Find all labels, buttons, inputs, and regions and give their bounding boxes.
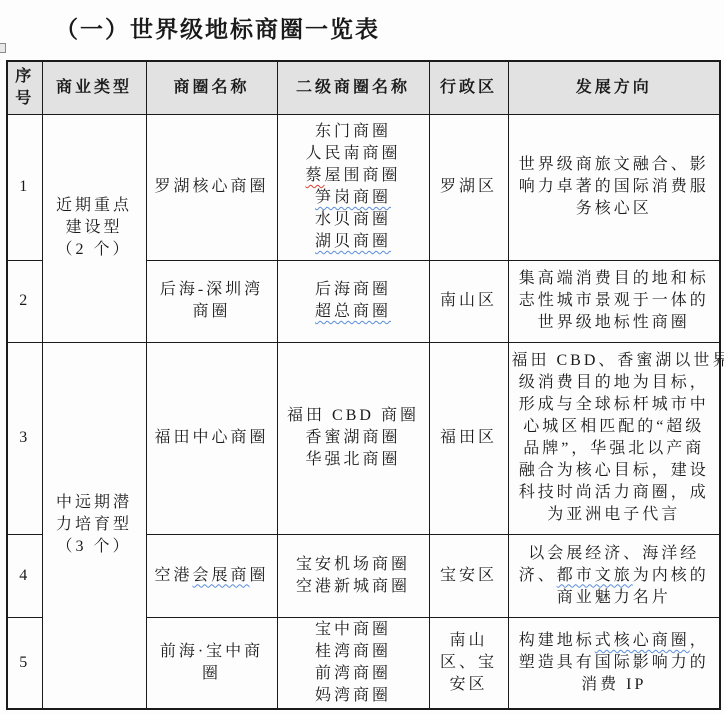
cell-no: 5 (7, 617, 42, 709)
text-segment: 志性城市景观于一体的 (519, 292, 709, 309)
text-line: 1 (11, 176, 39, 198)
text-line: 福田中心商圈 (150, 427, 274, 449)
misspelling-blue-squiggle: 笋岗商圈 (315, 189, 391, 206)
text-line: 前湾商圈 (281, 663, 426, 685)
text-segment: 宝中商圈 (315, 621, 391, 638)
text-line: 3 (11, 427, 39, 449)
cell-district-name: 空港会展商圈 (146, 534, 277, 617)
text-line: 科技时尚活力商圈，成 (512, 482, 717, 504)
text-segment: 近期重点 (56, 197, 132, 214)
text-line: 后海商圈 (281, 279, 426, 301)
text-line: 商业魅力名片 (512, 587, 717, 609)
text-segment: 世界级商旅文融合、影 (519, 156, 709, 173)
cell-admin-region: 宝安区 (429, 534, 508, 617)
cell-secondary-districts: 宝安机场商圈空港新城商圈 (277, 534, 429, 617)
text-segment: 福田中心商圈 (154, 429, 268, 446)
table-head: 序号商业类型商圈名称二级商圈名称行政区发展方向 (7, 61, 720, 114)
cell-business-type: 中远期潜力培育型（3 个） (42, 342, 146, 709)
text-segment: （2 个） (56, 241, 131, 258)
text-segment: 务核心区 (576, 200, 652, 217)
text-line: （3 个） (46, 536, 143, 558)
text-segment: 级消费目的地为目标， (519, 374, 709, 391)
text-segment: 圈 (202, 665, 221, 682)
landmark-districts-table: 序号商业类型商圈名称二级商圈名称行政区发展方向 1近期重点建设型（2 个）罗湖核… (6, 60, 721, 710)
header-secondary-districts: 二级商圈名称 (277, 61, 429, 114)
text-line: 号 (11, 88, 39, 110)
text-line: 宝安机场商圈 (281, 554, 426, 576)
text-segment: 力培育型 (56, 516, 132, 533)
text-line: 商业类型 (46, 77, 143, 99)
cell-no: 4 (7, 534, 42, 617)
cell-district-name: 罗湖核心商圈 (146, 114, 277, 260)
text-line: 福田 CBD、香蜜湖以世界 (512, 350, 717, 372)
text-line: 罗湖区 (433, 176, 505, 198)
text-line: 发展方向 (512, 77, 717, 99)
cell-admin-region: 南山区、宝安区 (429, 617, 508, 709)
text-line: 商圈 (150, 301, 274, 323)
text-line: 商圈名称 (150, 77, 274, 99)
text-segment: 科技时尚活力商圈，成 (519, 484, 709, 501)
text-segment: 以会展经济、海洋经 (528, 545, 699, 562)
text-segment: 为内核的 (633, 567, 709, 584)
table-header-row: 序号商业类型商圈名称二级商圈名称行政区发展方向 (7, 61, 720, 114)
text-segment: 区、宝 (440, 654, 497, 671)
text-line: 世界级商旅文融合、影 (512, 154, 717, 176)
misspelling-blue-squiggle: 湖贝商圈 (315, 233, 391, 250)
text-line: 后海-深圳湾 (150, 279, 274, 301)
text-line: 空港会展商圈 (150, 565, 274, 587)
text-segment: 构建地标 (519, 632, 595, 649)
text-segment: 南山区 (440, 292, 497, 309)
cell-secondary-districts: 福田 CBD 商圈香蜜湖商圈华强北商圈 (277, 342, 429, 534)
text-segment: 消费 IP (581, 676, 646, 693)
text-line: 形成与全球标杆城市中 (512, 394, 717, 416)
text-segment: （3 个） (56, 538, 131, 555)
cell-development-direction: 构建地标式核心商圈，塑造具有国际影响力的消费 IP (508, 617, 720, 709)
cell-admin-region: 福田区 (429, 342, 508, 534)
text-segment: 宝安机场商圈 (296, 556, 410, 573)
header-development-direction: 发展方向 (508, 61, 720, 114)
text-line: 二级商圈名称 (281, 77, 426, 99)
text-segment: 为亚洲电子代言 (547, 506, 680, 523)
misspelling-blue-squiggle: 超总商圈 (315, 303, 391, 320)
text-line: 桂湾商圈 (281, 641, 426, 663)
text-line: 塑造具有国际影响力的 (512, 652, 717, 674)
text-segment: 形成与全球标杆城市中 (519, 396, 709, 413)
text-line: 香蜜湖商圈 (281, 427, 426, 449)
text-segment: 华强北商圈 (305, 451, 400, 468)
text-line: 区、宝 (433, 652, 505, 674)
cell-secondary-districts: 东门商圈人民南商圈蔡屋围商圈笋岗商圈水贝商圈湖贝商圈 (277, 114, 429, 260)
text-line: 建设型 (46, 217, 143, 239)
text-segment: 响力卓著的国际消费服 (519, 178, 709, 195)
text-line: 宝安区 (433, 565, 505, 587)
cell-admin-region: 罗湖区 (429, 114, 508, 260)
text-segment: 世界级地标性商圈 (538, 314, 690, 331)
text-line: 心城区相匹配的“超级 (512, 416, 717, 438)
cell-admin-region: 南山区 (429, 260, 508, 342)
cell-no: 3 (7, 342, 42, 534)
table-row: 3中远期潜力培育型（3 个）福田中心商圈福田 CBD 商圈香蜜湖商圈华强北商圈福… (7, 342, 720, 534)
text-segment: 后海-深圳湾 (160, 281, 263, 298)
cell-district-name: 后海-深圳湾商圈 (146, 260, 277, 342)
text-line: 品牌”，华强北以产商 (512, 438, 717, 460)
text-segment: 宝安区 (440, 567, 497, 584)
text-line: 级消费目的地为目标， (512, 372, 717, 394)
text-segment: 空港新城商圈 (296, 578, 410, 595)
text-line: 行政区 (433, 77, 505, 99)
text-segment: 商圈 (192, 303, 230, 320)
misspelling-blue-squiggle: 会展商 (192, 567, 249, 584)
misspelling-blue-squiggle: 式核心商圈 (595, 632, 690, 649)
text-line: 济、都市文旅为内核的 (512, 565, 717, 587)
table-body: 1近期重点建设型（2 个）罗湖核心商圈东门商圈人民南商圈蔡屋围商圈笋岗商圈水贝商… (7, 114, 720, 709)
text-line: 南山区 (433, 290, 505, 312)
text-segment: 塑造具有国际影响力的 (519, 654, 709, 671)
text-segment: 1 (19, 178, 30, 195)
text-line: 空港新城商圈 (281, 576, 426, 598)
text-segment: 5 (19, 654, 30, 671)
text-segment: 商圈名称 (173, 79, 249, 96)
text-segment: 安区 (449, 676, 487, 693)
text-segment: 福田区 (440, 429, 497, 446)
text-segment: 香蜜湖商圈 (305, 429, 400, 446)
text-line: 南山 (433, 630, 505, 652)
page-title: （一）世界级地标商圈一览表 (55, 11, 380, 44)
cell-development-direction: 集高端消费目的地和标志性城市景观于一体的世界级地标性商圈 (508, 260, 720, 342)
text-line: 构建地标式核心商圈， (512, 630, 717, 652)
cell-no: 1 (7, 114, 42, 260)
text-segment: 福田 CBD、香蜜湖以世界 (512, 352, 724, 369)
text-segment: 济、 (519, 567, 557, 584)
text-line: 近期重点 (46, 195, 143, 217)
text-segment: 前海·宝中商 (160, 643, 263, 660)
text-segment: 屋围商圈 (325, 167, 401, 184)
text-segment: 罗湖核心商圈 (154, 178, 268, 195)
text-segment: 水贝商圈 (315, 211, 391, 228)
text-segment: 空港 (154, 567, 192, 584)
text-line: 消费 IP (512, 674, 717, 696)
text-segment: 圈 (250, 567, 269, 584)
text-line: 福田 CBD 商圈 (281, 405, 426, 427)
text-line: 华强北商圈 (281, 449, 426, 471)
text-line: 力培育型 (46, 514, 143, 536)
text-line: 罗湖核心商圈 (150, 176, 274, 198)
text-line: 水贝商圈 (281, 209, 426, 231)
misspelling-red-squiggle: 蔡 (305, 167, 324, 184)
text-segment: 妈湾商圈 (315, 687, 391, 704)
text-segment: 发展方向 (576, 79, 652, 96)
table-row: 1近期重点建设型（2 个）罗湖核心商圈东门商圈人民南商圈蔡屋围商圈笋岗商圈水贝商… (7, 114, 720, 260)
cell-secondary-districts: 后海商圈超总商圈 (277, 260, 429, 342)
cell-development-direction: 福田 CBD、香蜜湖以世界级消费目的地为目标，形成与全球标杆城市中心城区相匹配的… (508, 342, 720, 534)
text-segment: 序 (15, 68, 34, 85)
text-segment: 3 (19, 429, 30, 446)
text-line: 世界级地标性商圈 (512, 312, 717, 334)
text-segment: 罗湖区 (440, 178, 497, 195)
text-segment: 后海商圈 (315, 281, 391, 298)
text-line: 圈 (150, 663, 274, 685)
text-segment: 品牌”，华强北以产商 (523, 440, 704, 457)
text-line: 湖贝商圈 (281, 231, 426, 253)
header-admin-region: 行政区 (429, 61, 508, 114)
text-segment: 商业类型 (56, 79, 132, 96)
text-line: 2 (11, 290, 39, 312)
text-line: 志性城市景观于一体的 (512, 290, 717, 312)
text-segment: 4 (19, 567, 30, 584)
text-segment: 集高端消费目的地和标 (519, 270, 709, 287)
text-line: 超总商圈 (281, 301, 426, 323)
text-line: 为亚洲电子代言 (512, 504, 717, 526)
cell-development-direction: 世界级商旅文融合、影响力卓著的国际消费服务核心区 (508, 114, 720, 260)
text-segment: ， (690, 632, 709, 649)
header-district-name: 商圈名称 (146, 61, 277, 114)
header-no: 序号 (7, 61, 42, 114)
text-line: 人民南商圈 (281, 143, 426, 165)
text-line: 东门商圈 (281, 121, 426, 143)
cell-development-direction: 以会展经济、海洋经济、都市文旅为内核的商业魅力名片 (508, 534, 720, 617)
text-segment: 中远期潜 (56, 494, 132, 511)
text-line: 蔡屋围商圈 (281, 165, 426, 187)
text-segment: 南山 (449, 632, 487, 649)
text-segment: 行政区 (440, 79, 497, 96)
text-line: 务核心区 (512, 198, 717, 220)
cell-no: 2 (7, 260, 42, 342)
text-line: 以会展经济、海洋经 (512, 543, 717, 565)
text-line: 前海·宝中商 (150, 641, 274, 663)
table-select-handle[interactable] (0, 43, 6, 53)
misspelling-blue-squiggle: 都市文旅 (557, 567, 633, 584)
cell-district-name: 福田中心商圈 (146, 342, 277, 534)
text-segment: 商业魅力名片 (557, 589, 671, 606)
text-segment: 二级商圈名称 (296, 79, 410, 96)
cell-district-name: 前海·宝中商圈 (146, 617, 277, 709)
text-line: 笋岗商圈 (281, 187, 426, 209)
text-line: 融合为核心目标，建设 (512, 460, 717, 482)
text-segment: 人民南商圈 (305, 145, 400, 162)
text-segment: 桂湾商圈 (315, 643, 391, 660)
text-segment: 福田 CBD 商圈 (287, 407, 419, 424)
cell-secondary-districts: 宝中商圈桂湾商圈前湾商圈妈湾商圈 (277, 617, 429, 709)
text-line: （2 个） (46, 239, 143, 261)
text-segment: 前湾商圈 (315, 665, 391, 682)
text-line: 宝中商圈 (281, 619, 426, 641)
text-line: 序 (11, 66, 39, 88)
text-line: 4 (11, 565, 39, 587)
text-line: 安区 (433, 674, 505, 696)
text-segment: 号 (15, 90, 34, 107)
text-line: 中远期潜 (46, 492, 143, 514)
text-segment: 建设型 (65, 219, 122, 236)
text-segment: 东门商圈 (315, 123, 391, 140)
text-line: 集高端消费目的地和标 (512, 268, 717, 290)
text-line: 5 (11, 652, 39, 674)
text-segment: 2 (19, 292, 30, 309)
text-line: 妈湾商圈 (281, 685, 426, 707)
text-segment: 融合为核心目标，建设 (519, 462, 709, 479)
header-business-type: 商业类型 (42, 61, 146, 114)
text-line: 福田区 (433, 427, 505, 449)
text-segment: 心城区相匹配的“超级 (523, 418, 704, 435)
cell-business-type: 近期重点建设型（2 个） (42, 114, 146, 342)
text-line: 响力卓著的国际消费服 (512, 176, 717, 198)
